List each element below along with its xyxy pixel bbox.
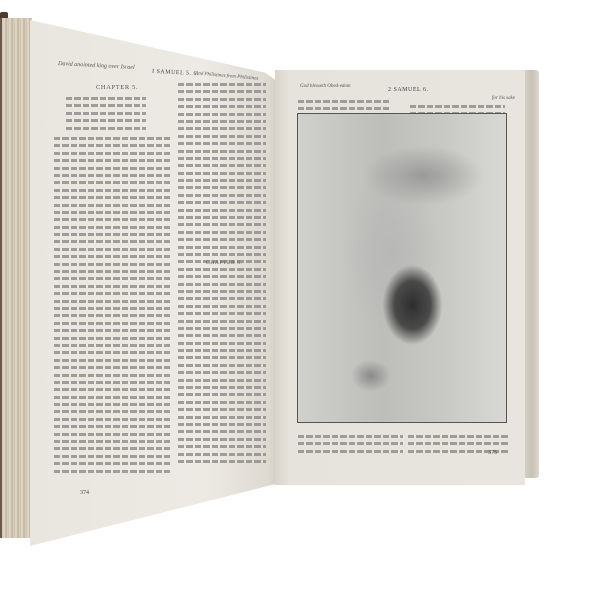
left-chapter-heading: CHAPTER 5. [96, 84, 138, 91]
left-chapter-summary [66, 94, 146, 134]
right-running-head: God blesseth Obed-edom [300, 84, 351, 89]
page-edges-left [0, 18, 32, 538]
page-edges-right [525, 70, 539, 478]
right-page-number: 375 [488, 450, 497, 456]
right-top-text-left [298, 97, 390, 112]
right-caption-left [298, 432, 403, 454]
illustration-side-caption [508, 220, 516, 380]
right-running-head-right: for his sake [492, 96, 515, 101]
left-column-1 [54, 134, 170, 489]
left-chapter-heading-2: CHAPTER 6. [206, 260, 243, 266]
book-photo: David anointed king over Israel I SAMUEL… [0, 0, 595, 595]
left-column-2 [178, 80, 266, 470]
right-book-ref: 2 SAMUEL 6. [388, 87, 428, 93]
left-page-number: 374 [80, 490, 89, 496]
ark-illustration [297, 113, 507, 423]
